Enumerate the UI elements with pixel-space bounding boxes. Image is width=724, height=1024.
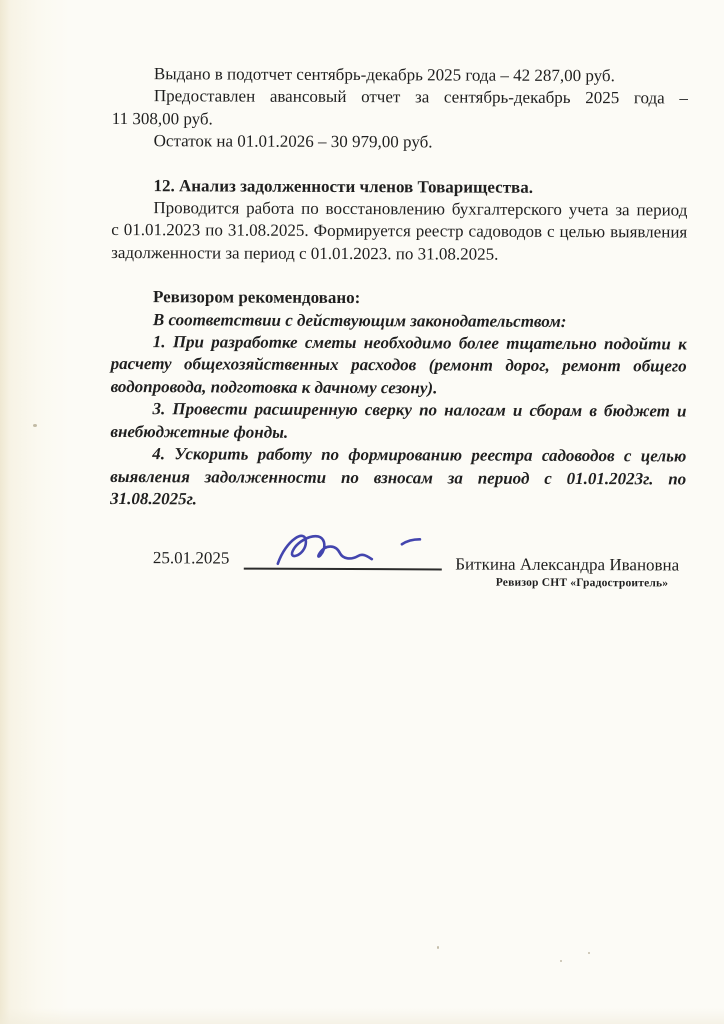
recommendations-heading: Ревизором рекомендовано:: [111, 286, 687, 311]
advance-report-line: Предоставлен авансовый отчет за сентябрь…: [112, 85, 688, 110]
signature-row: 25.01.2025 Биткина Александра Ивановна: [110, 537, 686, 572]
scan-speck: [33, 424, 37, 427]
recommendation-item-3-line: внебюджетные фонды.: [110, 421, 686, 446]
signature-name: Биткина Александра Ивановна: [455, 554, 679, 577]
recommendation-item-4-line: 4. Ускорить работу по формированию реест…: [110, 443, 686, 468]
blank-line: [112, 153, 688, 178]
scan-speck: [588, 952, 590, 954]
section-12-body-line: Проводится работа по восстановлению бухг…: [111, 197, 687, 222]
advance-issued-line: Выдано в подотчет сентябрь-декабрь 2025 …: [112, 63, 688, 88]
section-12-body-line: с 01.01.2023 по 31.08.2025. Формируется …: [111, 219, 687, 244]
section-12-body-line: задолженности за период с 01.01.2023. по…: [111, 242, 687, 267]
recommendations-intro: В соответствии с действующим законодател…: [111, 309, 687, 334]
scan-speck: [437, 946, 439, 949]
advance-report-line: 11 308,00 руб.: [112, 108, 688, 133]
signature-title: Ревизор СНТ «Градостроитель»: [496, 577, 686, 590]
signature-line: [243, 538, 441, 571]
recommendation-item-1-line: водопровода, подготовка к дачному сезону…: [111, 376, 687, 401]
advance-balance-line: Остаток на 01.01.2026 – 30 979,00 руб.: [112, 130, 688, 155]
recommendation-item-4-line: 31.08.2025г.: [110, 488, 686, 513]
document-body: Выдано в подотчет сентябрь-декабрь 2025 …: [110, 63, 688, 590]
recommendation-item-3-line: 3. Провести расширенную сверку по налога…: [110, 398, 686, 423]
scanned-document-page: Выдано в подотчет сентябрь-декабрь 2025 …: [0, 0, 724, 1024]
blank-line: [111, 264, 687, 289]
recommendation-item-1-line: расчету общехозяйственных расходов (ремо…: [111, 353, 687, 378]
section-12-heading: 12. Анализ задолженности членов Товарище…: [111, 175, 687, 200]
handwritten-signature: [269, 522, 445, 575]
recommendation-item-1-line: 1. При разработке сметы необходимо более…: [111, 331, 687, 356]
signature-date: 25.01.2025: [153, 547, 230, 569]
scan-speck: [560, 960, 562, 962]
recommendation-item-4-line: выявления задолженности по взносам за пе…: [110, 465, 686, 490]
